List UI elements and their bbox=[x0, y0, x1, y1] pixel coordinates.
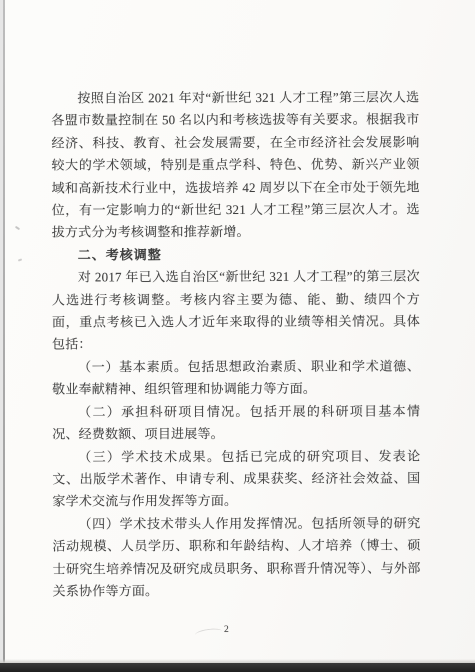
paragraph-item-basic-quality: （一）基本素质。包括思想政治素质、职业和学术道德、敬业奉献精神、组织管理和协调能… bbox=[52, 355, 420, 401]
scan-bottom-edge bbox=[0, 663, 475, 672]
pencil-smudge-mark bbox=[195, 627, 223, 639]
paragraph-item-academic-achievements: （三）学术技术成果。包括已完成的研究项目、发表论文、出版学术著作、申请专利、成果… bbox=[52, 445, 420, 513]
paragraph-item-research-projects: （二）承担科研项目情况。包括开展的科研项目基本情况、经费数额、项目进展等。 bbox=[52, 400, 420, 446]
page-number: 2 bbox=[224, 625, 229, 635]
document-body: 按照自治区 2021 年对“新世纪 321 人才工程”第三层次人选各盟市数量控制… bbox=[51, 87, 420, 603]
scan-speck bbox=[18, 258, 22, 261]
paragraph-item-leader-role: （四）学术技术带头人作用发挥情况。包括所领导的研究活动规模、人员学历、职称和年龄… bbox=[52, 512, 420, 603]
scan-left-edge-line bbox=[3, 0, 5, 666]
paragraph-intro: 按照自治区 2021 年对“新世纪 321 人才工程”第三层次人选各盟市数量控制… bbox=[51, 87, 419, 245]
scan-speck bbox=[15, 226, 20, 231]
section-heading-assessment-adjustment: 二、考核调整 bbox=[52, 243, 420, 266]
scanned-document-page: 按照自治区 2021 年对“新世纪 321 人才工程”第三层次人选各盟市数量控制… bbox=[0, 0, 475, 672]
paragraph-assessment-intro: 对 2017 年已入选自治区“新世纪 321 人才工程”的第三层次人选进行考核调… bbox=[52, 266, 420, 357]
